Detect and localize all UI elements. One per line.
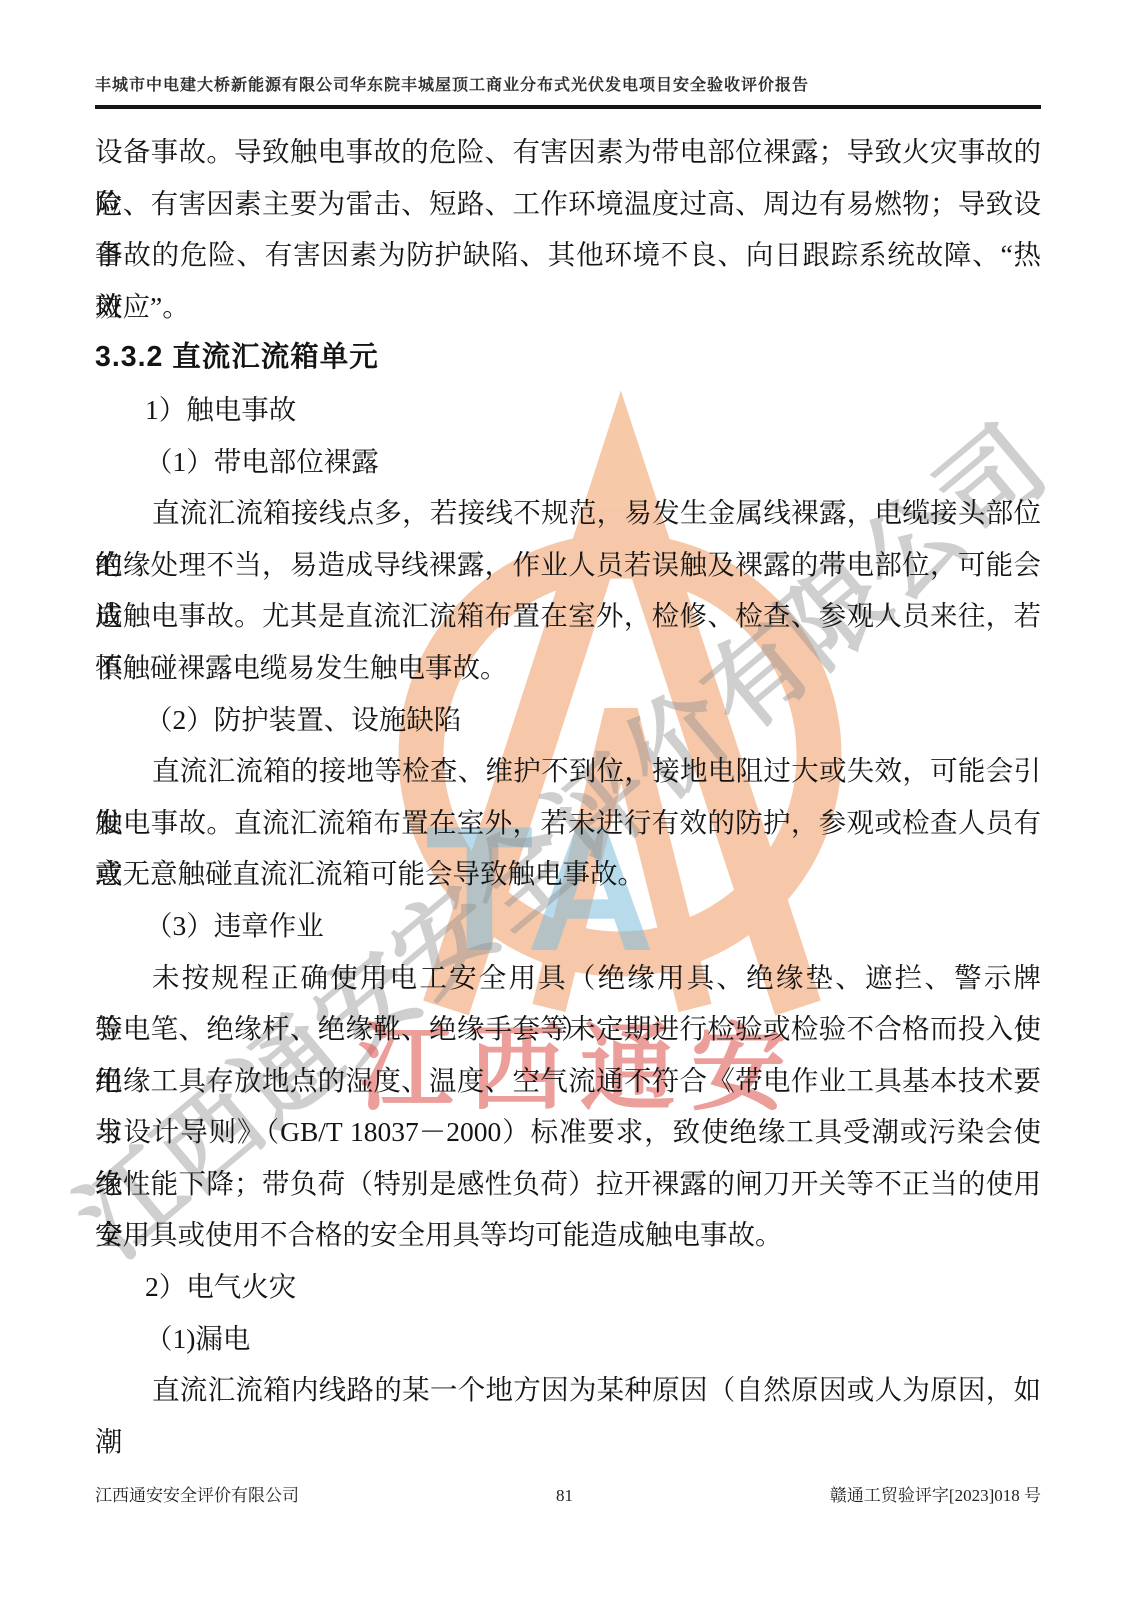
text-line: 险、有害因素主要为雷击、短路、工作环境温度过高、周边有易燃物；导致设备 [95, 178, 1041, 230]
footer-company: 江西通安安全评价有限公司 [95, 1481, 299, 1506]
report-page: TA 江西通安安全评价有限公司 江西通安 丰城市中电建大桥新能源有限公司华东院丰… [0, 0, 1131, 1600]
page-header: 丰城市中电建大桥新能源有限公司华东院丰城屋顶工商业分布式光伏发电项目安全验收评价… [95, 76, 1041, 109]
text-line: 1）触电事故 [95, 384, 1041, 436]
text-line: 验电笔、绝缘杆、绝缘靴、绝缘手套等未定期进行检验或检验不合格而投入使用； [95, 1003, 1041, 1055]
content-lines: 设备事故。导致触电事故的危险、有害因素为带电部位裸露；导致火灾事故的危险、有害因… [95, 126, 1041, 1416]
text-line: 事故的危险、有害因素为防护缺陷、其他环境不良、向日跟踪系统故障、“热斑 [95, 229, 1041, 281]
text-line: （1）带电部位裸露 [95, 436, 1041, 488]
text-line: 或无意触碰直流汇流箱可能会导致触电事故。 [95, 848, 1041, 900]
text-line: （3）违章作业 [95, 900, 1041, 952]
text-line: 与设计导则》（GB/T 18037－2000）标准要求，致使绝缘工具受潮或污染会… [95, 1106, 1041, 1158]
page-footer: 江西通安安全评价有限公司 81 赣通工贸验评字[2023]018 号 [95, 1481, 1041, 1506]
text-line: 绝缘处理不当，易造成导线裸露，作业人员若误触及裸露的带电部位，可能会造 [95, 539, 1041, 591]
text-line: 设备事故。导致触电事故的危险、有害因素为带电部位裸露；导致火灾事故的危 [95, 126, 1041, 178]
footer-doc-number: 赣通工贸验评字[2023]018 号 [830, 1481, 1041, 1506]
text-line: 慎触碰裸露电缆易发生触电事故。 [95, 642, 1041, 694]
text-line: 效应”。 [95, 281, 1041, 333]
footer-page-number: 81 [556, 1486, 573, 1506]
text-line: （1)漏电 [95, 1313, 1041, 1365]
text-line: 全用具或使用不合格的安全用具等均可能造成触电事故。 [95, 1209, 1041, 1261]
header-title: 丰城市中电建大桥新能源有限公司华东院丰城屋顶工商业分布式光伏发电项目安全验收评价… [95, 76, 1041, 96]
text-line: 直流汇流箱的接地等检查、维护不到位，接地电阻过大或失效，可能会引发 [95, 745, 1041, 797]
text-line: 直流汇流箱内线路的某一个地方因为某种原因（自然原因或人为原因，如潮 [95, 1364, 1041, 1416]
header-rule [95, 105, 1041, 109]
text-line: 成触电事故。尤其是直流汇流箱布置在室外，检修、检查、参观人员来往，若不 [95, 590, 1041, 642]
text-line: 直流汇流箱接线点多，若接线不规范，易发生金属线裸露，电缆接头部位的 [95, 487, 1041, 539]
text-line: 绝缘工具存放地点的湿度、温度、空气流通不符合《带电作业工具基本技术要求 [95, 1055, 1041, 1107]
text-line: 2）电气火灾 [95, 1261, 1041, 1313]
text-line: 缘性能下降；带负荷（特别是感性负荷）拉开裸露的闸刀开关等不正当的使用安 [95, 1158, 1041, 1210]
text-line: 触电事故。直流汇流箱布置在室外，若未进行有效的防护，参观或检查人员有意 [95, 797, 1041, 849]
text-line: （2）防护装置、设施缺陷 [95, 694, 1041, 746]
text-line: 未按规程正确使用电工安全用具（绝缘用具、绝缘垫、遮拦、警示牌等）； [95, 952, 1041, 1004]
section-heading: 3.3.2 直流汇流箱单元 [95, 332, 1041, 384]
